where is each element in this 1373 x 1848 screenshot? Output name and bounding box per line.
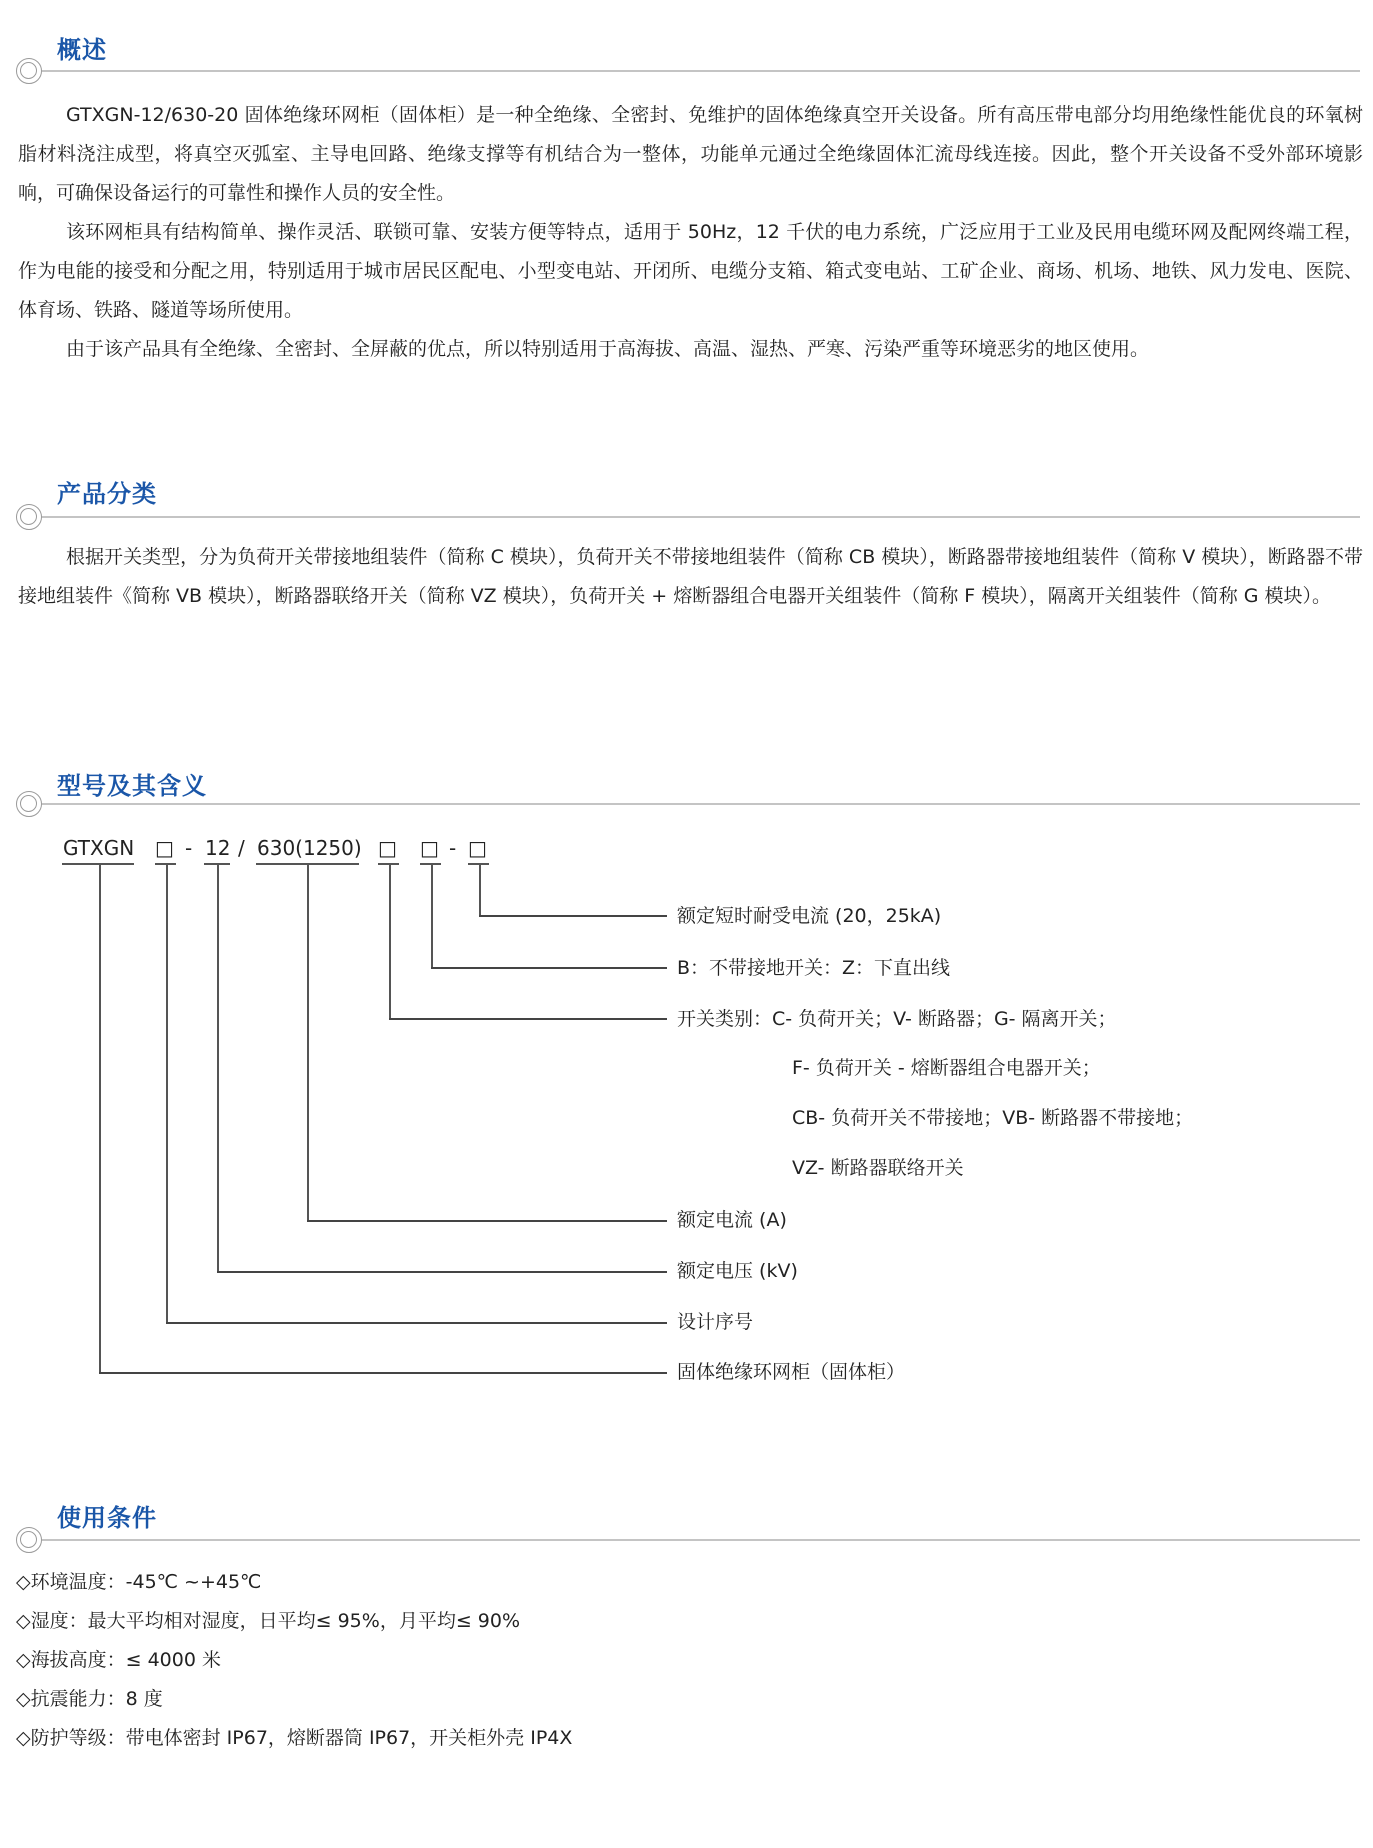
condition-item: ◇湿度：最大平均相对湿度，日平均≤ 95%，月平均≤ 90% [16, 1607, 520, 1635]
underline [62, 863, 134, 865]
condition-text: 湿度：最大平均相对湿度，日平均≤ 95%，月平均≤ 90% [31, 1610, 520, 1632]
condition-item: ◇抗震能力：8 度 [16, 1685, 163, 1713]
label-product-name: 固体绝缘环网柜（固体柜） [677, 1359, 905, 1385]
overview-text: GTXGN-12/630-20 固体绝缘环网柜（固体柜）是一种全绝缘、全密封、免… [18, 96, 1363, 369]
condition-text: 抗震能力：8 度 [31, 1688, 163, 1710]
model-box-kA: □ [468, 834, 487, 862]
diamond-icon: ◇ [16, 1688, 31, 1710]
model-voltage: 12 [205, 834, 230, 862]
label-rated-current: 额定电流 (A) [677, 1207, 787, 1233]
section-title-conditions: 使用条件 [57, 1503, 157, 1533]
section-divider [42, 803, 1360, 805]
diamond-icon: ◇ [16, 1610, 31, 1632]
label-design-number: 设计序号 [677, 1309, 753, 1335]
section-divider [42, 1539, 1360, 1541]
ring-icon [16, 504, 42, 530]
connector-line [389, 1018, 667, 1020]
paragraph: 由于该产品具有全绝缘、全密封、全屏蔽的优点，所以特别适用于高海拔、高温、湿热、严… [18, 330, 1363, 369]
label-switch-type-vz: VZ- 断路器联络开关 [792, 1155, 964, 1181]
model-dash: - [449, 834, 456, 862]
connector-line [99, 863, 101, 1373]
condition-text: 环境温度：-45℃ ~+45℃ [31, 1571, 262, 1593]
label-rated-voltage: 额定电压 (kV) [677, 1258, 798, 1284]
connector-line [217, 1271, 667, 1273]
diamond-icon: ◇ [16, 1649, 31, 1671]
label-switch-type: 开关类别：C- 负荷开关；V- 断路器；G- 隔离开关； [677, 1006, 1117, 1032]
model-prefix: GTXGN [63, 834, 134, 862]
paragraph: 根据开关类型，分为负荷开关带接地组装件（简称 C 模块），负荷开关不带接地组装件… [18, 538, 1363, 616]
label-short-time-current: 额定短时耐受电流 (20，25kA) [677, 903, 941, 929]
section-title-classification: 产品分类 [57, 479, 157, 509]
model-box-type: □ [378, 834, 397, 862]
model-box-design: □ [155, 834, 174, 862]
paragraph: GTXGN-12/630-20 固体绝缘环网柜（固体柜）是一种全绝缘、全密封、免… [18, 96, 1363, 213]
classification-text: 根据开关类型，分为负荷开关带接地组装件（简称 C 模块），负荷开关不带接地组装件… [18, 538, 1363, 616]
model-slash: / [238, 834, 245, 862]
connector-line [99, 1372, 667, 1374]
ring-icon [16, 58, 42, 84]
condition-text: 防护等级：带电体密封 IP67，熔断器筒 IP67，开关柜外壳 IP4X [31, 1727, 573, 1749]
condition-item: ◇环境温度：-45℃ ~+45℃ [16, 1568, 261, 1596]
model-box-option: □ [420, 834, 439, 862]
condition-text: 海拔高度：≤ 4000 米 [31, 1649, 221, 1671]
condition-item: ◇海拔高度：≤ 4000 米 [16, 1646, 221, 1674]
section-divider [42, 516, 1360, 518]
connector-line [431, 967, 667, 969]
connector-line [389, 863, 391, 1019]
connector-line [307, 1220, 667, 1222]
connector-line [166, 863, 168, 1323]
connector-line [217, 863, 219, 1272]
condition-item: ◇防护等级：带电体密封 IP67，熔断器筒 IP67，开关柜外壳 IP4X [16, 1724, 572, 1752]
ring-icon [16, 791, 42, 817]
connector-line [307, 863, 309, 1221]
label-switch-type-f: F- 负荷开关 - 熔断器组合电器开关； [792, 1055, 1101, 1081]
label-option: B：不带接地开关：Z：下直出线 [677, 955, 950, 981]
diamond-icon: ◇ [16, 1571, 31, 1593]
diamond-icon: ◇ [16, 1727, 31, 1749]
model-dash: - [185, 834, 192, 862]
connector-line [479, 915, 667, 917]
paragraph: 该环网柜具有结构简单、操作灵活、联锁可靠、安装方便等特点，适用于 50Hz，12… [18, 213, 1363, 330]
connector-line [166, 1322, 667, 1324]
section-title-model: 型号及其含义 [57, 771, 207, 801]
connector-line [431, 863, 433, 968]
label-switch-type-cb: CB- 负荷开关不带接地；VB- 断路器不带接地； [792, 1105, 1193, 1131]
model-current: 630(1250) [257, 834, 362, 862]
section-title-overview: 概述 [57, 35, 107, 65]
section-divider [42, 70, 1360, 72]
connector-line [479, 863, 481, 916]
ring-icon [16, 1527, 42, 1553]
